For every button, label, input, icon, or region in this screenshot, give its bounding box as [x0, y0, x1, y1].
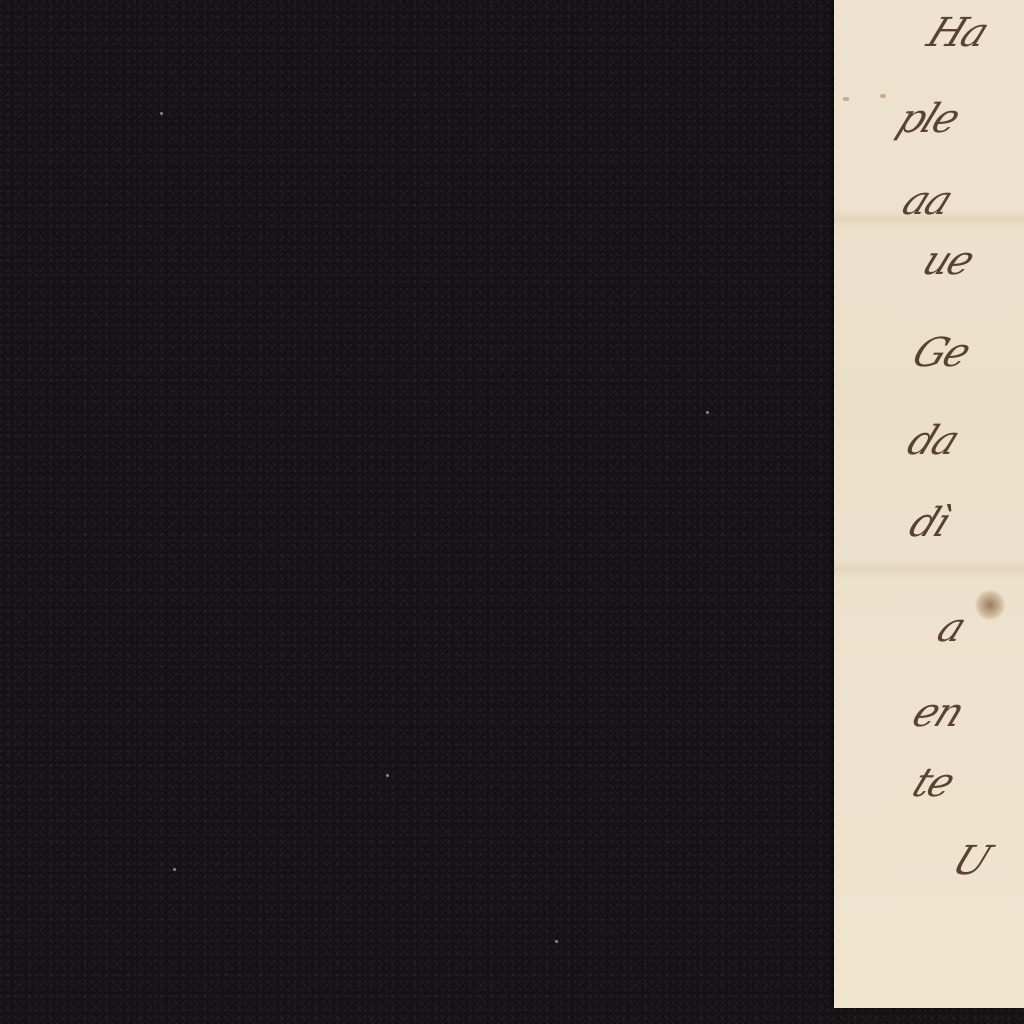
dust-speck: [386, 774, 389, 777]
paper-fleck: [843, 97, 849, 101]
dust-speck: [706, 411, 709, 414]
paper-crease: [834, 560, 1024, 578]
ink-stain: [975, 590, 1005, 620]
dust-speck: [160, 112, 163, 115]
dust-speck: [173, 868, 176, 871]
paper-fleck: [880, 94, 886, 98]
dust-speck: [555, 940, 558, 943]
